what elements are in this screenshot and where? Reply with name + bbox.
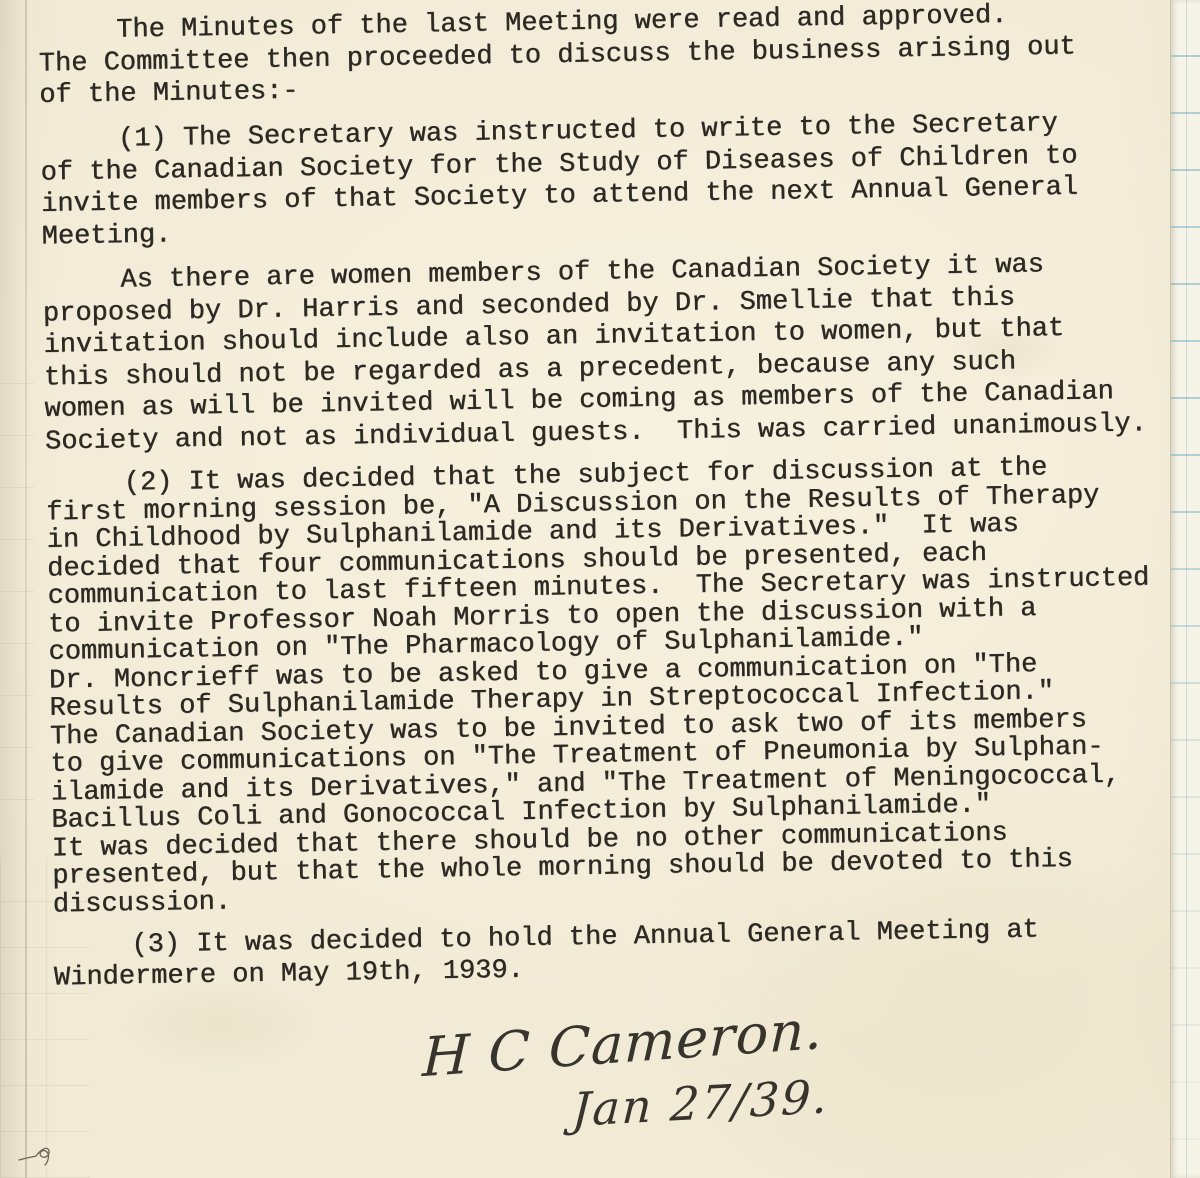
paragraph: (3) It was decided to hold the Annual Ge… (53, 913, 1194, 994)
paragraph: (2) It was decided that the subject for … (46, 452, 1193, 919)
paragraph: (1) The Secretary was instructed to writ… (40, 106, 1182, 253)
paper-stain (120, 980, 320, 1070)
squared-paper-grid-faint (0, 380, 34, 800)
paragraph: As there are women members of the Canadi… (42, 247, 1185, 458)
pencil-mark-icon (18, 1138, 64, 1174)
page-left-crease (25, 0, 27, 1178)
signature-date: Jan 27/39. (571, 1069, 831, 1137)
paragraph: The Minutes of the last Meeting were rea… (38, 0, 1179, 112)
typed-minutes-text: The Minutes of the last Meeting were rea… (38, 0, 1194, 994)
scanned-page: The Minutes of the last Meeting were rea… (0, 0, 1200, 1178)
